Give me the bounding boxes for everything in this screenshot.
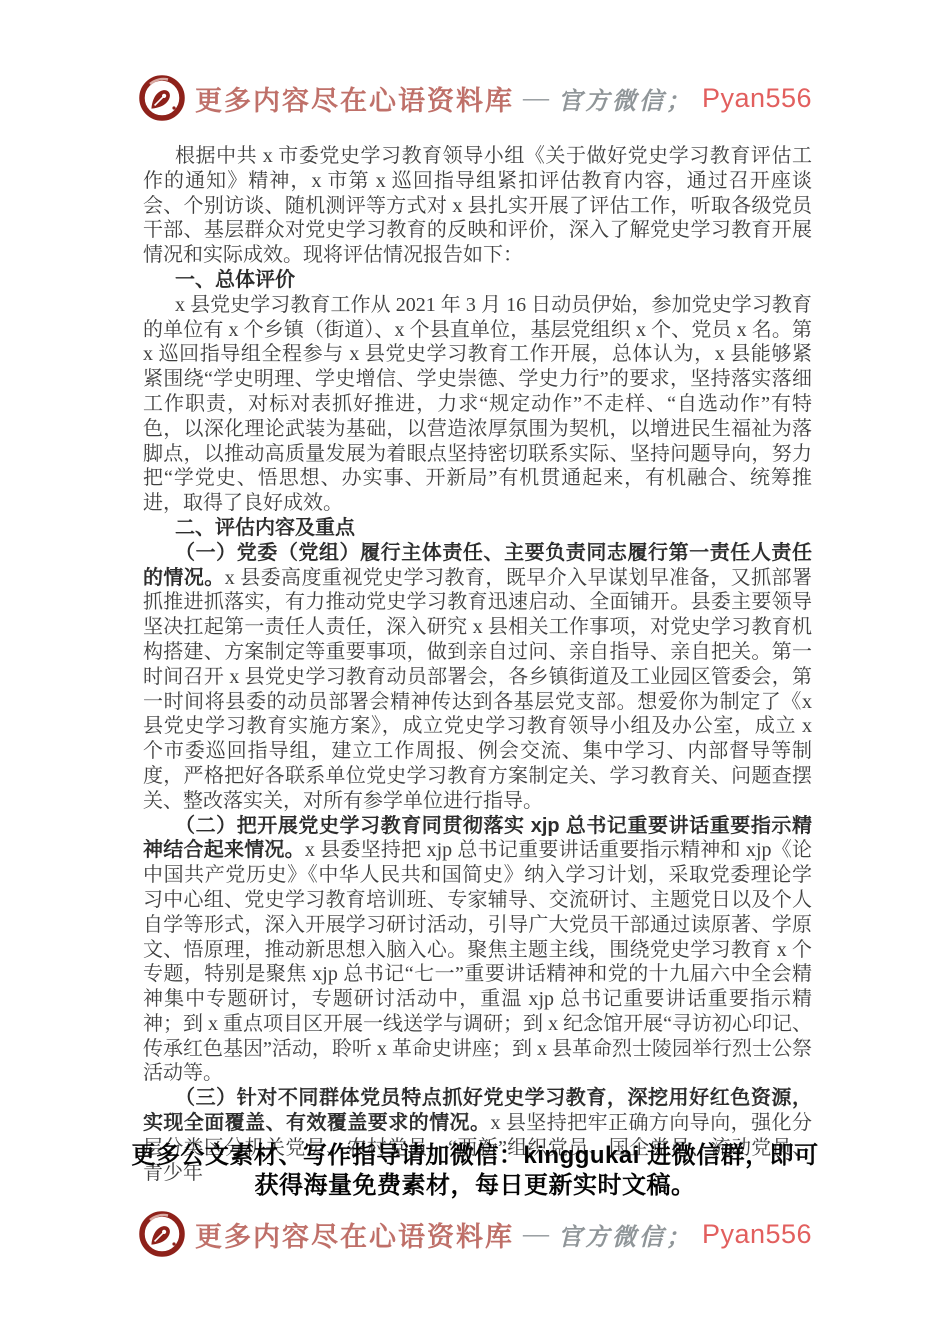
paragraph-text: 根据中共 x 市委党史学习教育领导小组《关于做好党史学习教育评估工作的通知》精神…	[143, 145, 812, 266]
section-heading: 一、总体评价	[143, 268, 812, 293]
brand-separator: —	[523, 83, 549, 113]
pen-logo-icon	[138, 74, 186, 122]
brand-text: 更多内容尽在心语资料库	[195, 79, 514, 118]
paragraph-text: x 县委坚持把 xjp 总书记重要讲话重要指示精神和 xjp《论中国共产党历史》…	[143, 839, 812, 1084]
header-brand-row: 更多内容尽在心语资料库—官方微信； Pyan556	[0, 74, 950, 122]
paragraph-text: 二、评估内容及重点	[175, 517, 355, 539]
promo-text: 更多公文素材、写作指导请加微信：kinggukai 进微信群，即可获得海量免费素…	[130, 1141, 820, 1200]
wechat-label: 官方微信；	[558, 1217, 693, 1252]
paragraph: （一）党委（党组）履行主体责任、主要负责同志履行第一责任人责任的情况。x 县委高…	[143, 541, 812, 814]
paragraph: 根据中共 x 市委党史学习教育领导小组《关于做好党史学习教育评估工作的通知》精神…	[143, 144, 812, 268]
brand-separator: —	[523, 1219, 549, 1249]
wechat-id: Pyan556	[702, 83, 812, 114]
paragraph: （二）把开展党史学习教育同贯彻落实 xjp 总书记重要讲话重要指示精神结合起来情…	[143, 814, 812, 1087]
paragraph: x 县党史学习教育工作从 2021 年 3 月 16 日动员伊始，参加党史学习教…	[143, 293, 812, 516]
wechat-id: Pyan556	[702, 1219, 812, 1250]
brand-text: 更多内容尽在心语资料库	[195, 1215, 514, 1254]
document-page: 更多内容尽在心语资料库—官方微信； Pyan556 根据中共 x 市委党史学习教…	[0, 0, 950, 1344]
paragraph-text: x 县委高度重视党史学习教育，既早介入早谋划早准备，又抓部署抓推进抓落实，有力推…	[143, 567, 812, 812]
pen-logo-icon	[138, 1210, 186, 1258]
paragraph-text: x 县党史学习教育工作从 2021 年 3 月 16 日动员伊始，参加党史学习教…	[143, 294, 812, 514]
document-body: 根据中共 x 市委党史学习教育领导小组《关于做好党史学习教育评估工作的通知》精神…	[143, 144, 812, 1185]
promo-banner: 更多公文素材、写作指导请加微信：kinggukai 进微信群，即可获得海量免费素…	[0, 1141, 950, 1200]
wechat-label: 官方微信；	[558, 81, 693, 116]
footer-brand-row: 更多内容尽在心语资料库—官方微信； Pyan556	[0, 1210, 950, 1258]
paragraph-text: 一、总体评价	[175, 269, 295, 291]
section-heading: 二、评估内容及重点	[143, 516, 812, 541]
